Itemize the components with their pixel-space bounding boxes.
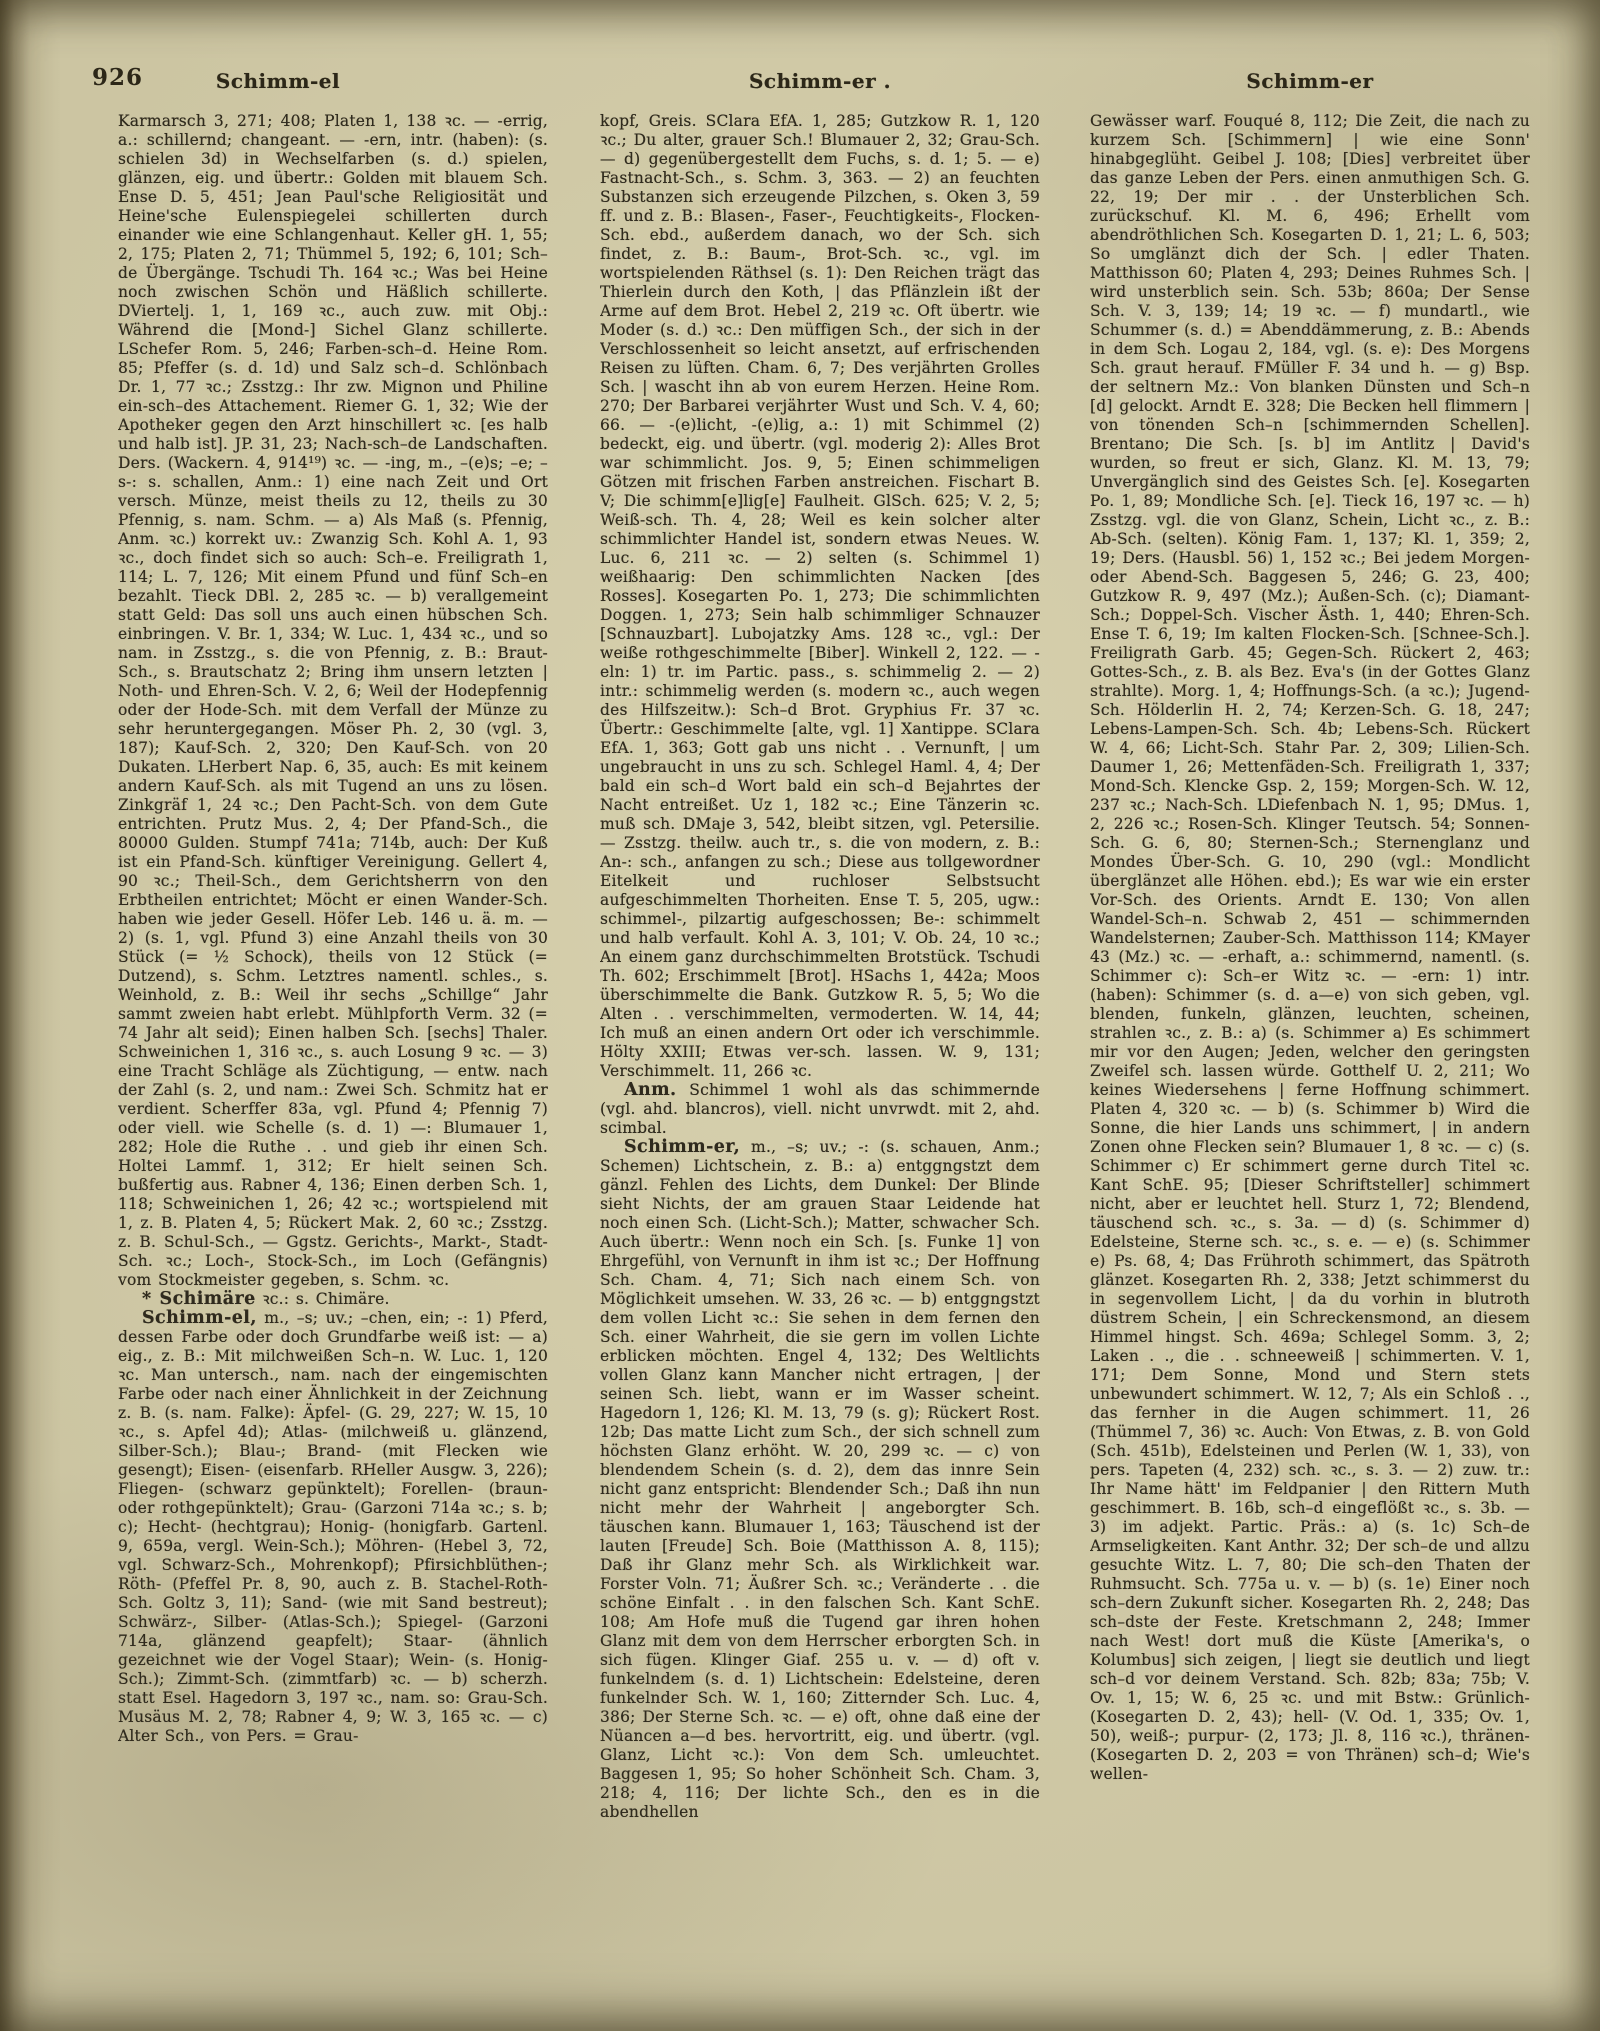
scanned-dictionary-page: 926 Schimm-el Schimm-er . Schimm-er Karm… xyxy=(0,0,1600,2031)
entry-headword: * Schimäre xyxy=(142,1289,256,1309)
paragraph: Karmarsch 3, 271; 408; Platen 1, 138 ꝛc.… xyxy=(118,112,548,1290)
entry-paragraph: * Schimäre ꝛc.: s. Chimäre. xyxy=(118,1290,548,1309)
paragraph: Gewässer warf. Fouqué 8, 112; Die Zeit, … xyxy=(1090,112,1530,1784)
text-column-middle: kopf, Greis. SClara EfA. 1, 285; Gutzkow… xyxy=(600,112,1040,1912)
entry-headword: Schimm-er, xyxy=(624,1137,740,1157)
text-column-right: Gewässer warf. Fouqué 8, 112; Die Zeit, … xyxy=(1090,112,1530,1912)
text-column-left: Karmarsch 3, 271; 408; Platen 1, 138 ꝛc.… xyxy=(118,112,548,1912)
entry-paragraph: Schimm-er, m., –s; uv.; -: (s. schauen, … xyxy=(600,1138,1040,1822)
running-head-left: Schimm-el xyxy=(118,68,438,94)
paragraph: kopf, Greis. SClara EfA. 1, 285; Gutzkow… xyxy=(600,112,1040,1081)
entry-headword: Schimm-el, xyxy=(142,1308,257,1328)
running-head-center: Schimm-er . xyxy=(600,68,1040,94)
entry-headword: Anm. xyxy=(624,1080,677,1100)
running-head-right: Schimm-er xyxy=(1090,68,1530,94)
entry-paragraph: Schimm-el, m., –s; uv.; –chen, ein; -: 1… xyxy=(118,1309,548,1746)
entry-paragraph: Anm. Schimmel 1 wohl als das schimmernde… xyxy=(600,1081,1040,1138)
